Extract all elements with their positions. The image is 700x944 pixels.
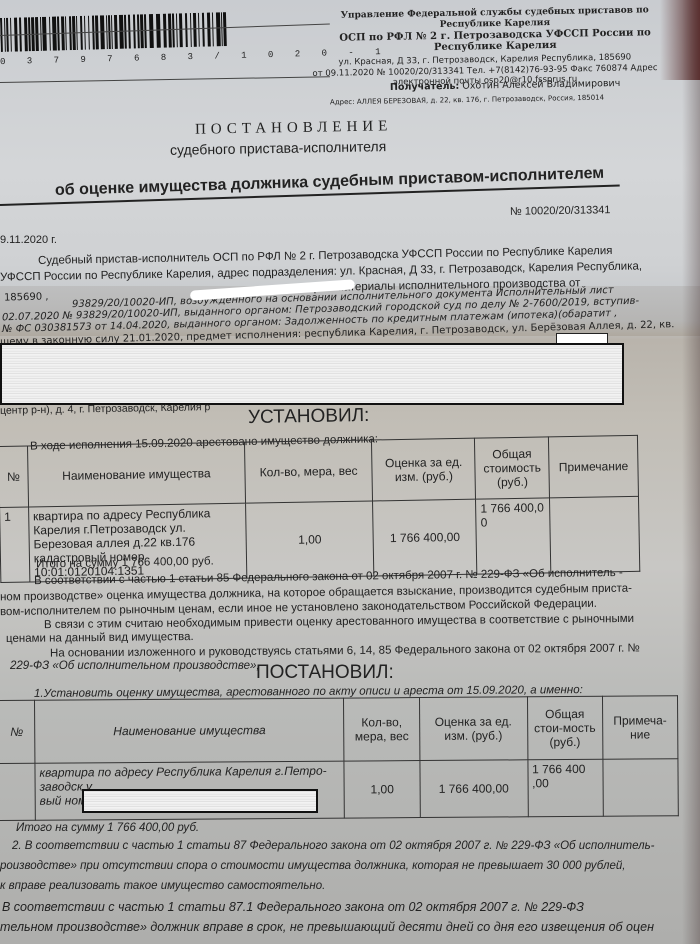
cell-num — [0, 763, 35, 820]
column-header: Примеча-ние — [602, 696, 678, 760]
header-divider — [0, 76, 330, 83]
column-header: № — [0, 446, 28, 507]
recipient-label: Получатель: — [390, 81, 459, 93]
recipient-address: Адрес: АЛЛЕЯ БЕРЕЗОВАЯ, д. 22, кв. 176, … — [330, 94, 604, 107]
column-header: Кол-во, мера, вес — [244, 440, 372, 503]
intro-detail: центр р-н), д. 4, г. Петрозаводск, Карел… — [0, 401, 210, 417]
cell-name: квартира по адресу Республика Карелия г.… — [28, 503, 246, 582]
document-date: 9.11.2020 г. — [0, 234, 57, 246]
resolved-heading: ПОСТАНОВИЛ: — [256, 662, 394, 684]
name-line: квартира по адресу Республика Карелия г.… — [39, 764, 340, 780]
column-header: Общая стои-мость (руб.) — [527, 696, 603, 760]
cell-unit-price: 1 766 400,00 — [420, 760, 528, 818]
column-header: № — [0, 700, 35, 763]
resolved-total: Итого на сумму 1 766 400,00 руб. — [16, 822, 199, 834]
cell-qty: 1,00 — [246, 501, 375, 578]
column-header: Общая стоимость (руб.) — [475, 437, 550, 499]
redaction-block — [0, 343, 624, 405]
column-header: Оценка за ед. изм. (руб.) — [419, 697, 527, 761]
page-edge-shadow — [682, 0, 700, 944]
document-subtitle: судебного пристава-исполнителя — [170, 138, 386, 158]
resolved-item-2: к вправе реализовать такое имущество сам… — [0, 880, 325, 892]
established-heading: УСТАНОВИЛ: — [248, 405, 370, 429]
column-header: Оценка за ед. изм. (руб.) — [372, 438, 476, 501]
recipient-name: Охотин Алексей Владимирович — [462, 78, 620, 92]
column-header: Кол-во, мера, вес — [344, 698, 420, 762]
cell-unit-price: 1 766 400,00 — [373, 499, 477, 576]
document-number: № 10020/20/313341 — [510, 204, 611, 218]
body-line: 229-ФЗ «Об исполнительном производстве», — [10, 660, 260, 672]
column-header: Наименование имущества — [27, 442, 245, 507]
organization-header: Управление Федеральной службы судебных п… — [290, 4, 700, 55]
total-line: ,00 — [532, 776, 598, 790]
table-header-row: № Наименование имущества Кол-во, мера, в… — [0, 696, 678, 764]
cell-num: 1 — [0, 507, 30, 582]
column-header: Примечание — [549, 435, 639, 498]
resolved-item-3: тельном производстве» должник вправе в с… — [0, 920, 654, 934]
table-header-row: № Наименование имущества Кол-во, мера, в… — [0, 435, 638, 507]
column-header: Наименование имущества — [34, 698, 344, 763]
body-line: ценами на данный вид имущества. — [6, 631, 194, 645]
redaction-block — [82, 789, 318, 813]
cell-total: 1 766 400,00 — [476, 498, 551, 574]
resolved-item-2: 2. В соответствии с частью 1 статьи 87 Ф… — [12, 840, 655, 852]
intro-line: 185690 , — [4, 291, 49, 303]
cell-note — [603, 759, 679, 817]
cell-qty: 1,00 — [344, 761, 420, 819]
cell-note — [550, 496, 640, 573]
body-line: На основании изложенного и руководствуяс… — [50, 642, 640, 659]
total-line: 1 766 400 — [532, 762, 598, 776]
resolved-item-3: В соответствии с частью 1 статьи 87.1 Фе… — [2, 900, 584, 914]
resolved-item-2: роизводстве» при отсутствии спора о стои… — [0, 860, 625, 872]
cell-total: 1 766 400 ,00 — [527, 759, 603, 817]
document-title: ПОСТАНОВЛЕНИЕ — [195, 118, 393, 138]
